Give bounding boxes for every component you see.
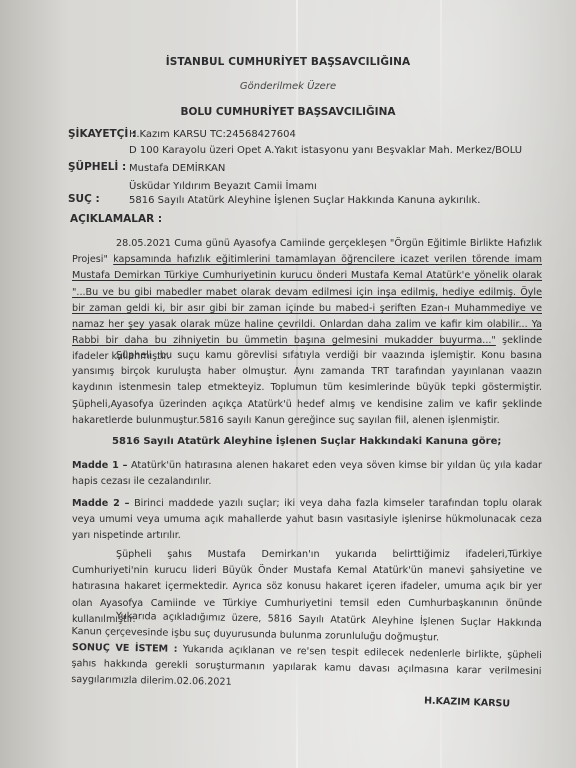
addressee-istanbul: İSTANBUL CUMHURİYET BAŞSAVCILIĞINA [0, 56, 576, 68]
conclusion: SONUÇ VE İSTEM : Yukarıda açıklanan ve r… [71, 640, 542, 697]
addressee-bolu: BOLU CUMHURİYET BAŞSAVCILIĞINA [0, 106, 576, 118]
suspect-name: Mustafa DEMİRKAN [129, 163, 225, 174]
paragraph-incident: 28.05.2021 Cuma günü Ayasofya Camiinde g… [72, 236, 542, 366]
law-heading: 5816 Sayılı Atatürk Aleyhine İşlenen Suç… [112, 436, 501, 447]
crime-label: SUÇ : [68, 193, 100, 205]
crime-text: 5816 Sayılı Atatürk Aleyhine İşlenen Suç… [129, 195, 480, 206]
article-1-text: Atatürk'ün hatırasına alenen hakaret ede… [72, 460, 542, 487]
article-1-label: Madde 1 – [72, 460, 127, 471]
conclusion-label: SONUÇ VE İSTEM : [72, 642, 178, 655]
article-2-text: Birinci maddede yazılı suçlar; iki veya … [72, 498, 542, 541]
suspect-title: Üsküdar Yıldırım Beyazıt Camii İmamı [129, 181, 317, 192]
forwarding-note: Gönderilmek Üzere [0, 81, 576, 92]
signature: H.KAZIM KARSU [424, 696, 510, 710]
article-2-label: Madde 2 – [72, 498, 129, 509]
paragraph-suspect-details: Şüpheli ,bu suçu kamu görevlisi sıfatıyl… [72, 348, 542, 429]
article-2: Madde 2 – Birinci maddede yazılı suçlar;… [72, 496, 542, 545]
complainant-label: ŞİKAYETÇİ : [68, 128, 136, 140]
article-1: Madde 1 – Atatürk'ün hatırasına alenen h… [72, 458, 542, 490]
complainant-name: H.Kazım KARSU TC:24568427604 [129, 129, 296, 140]
suspect-label: ŞÜPHELİ : [68, 161, 126, 173]
paper-document: İSTANBUL CUMHURİYET BAŞSAVCILIĞINA Gönde… [0, 0, 576, 768]
suspect-details-text: Şüpheli ,bu suçu kamu görevlisi sıfatıyl… [72, 348, 542, 429]
incident-quote: kapsamında hafızlık eğitimlerini tamamla… [72, 254, 542, 346]
complainant-address: D 100 Karayolu üzeri Opet A.Yakıt istasy… [129, 145, 522, 156]
explanations-heading: AÇIKLAMALAR : [70, 213, 162, 225]
